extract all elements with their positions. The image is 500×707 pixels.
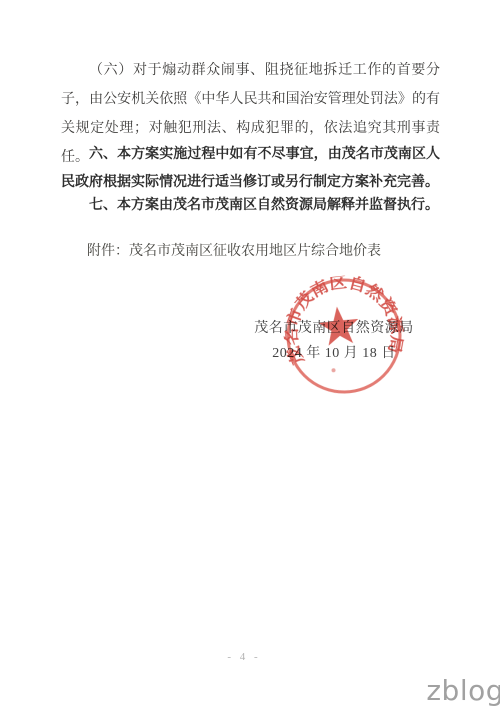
watermark-zblog: zblog [426,675,500,707]
seal-star-icon [317,304,361,346]
official-seal: 茂名市茂南区自然资源局 [278,270,410,402]
seal-graphic: 茂名市茂南区自然资源局 [278,270,410,402]
seal-bottom-mark [331,368,335,372]
document-page: （六）对于煽动群众闹事、阻挠征地拆迁工作的首要分子，由公安机关依照《中华人民共和… [0,0,500,707]
page-number: - 4 - [0,651,494,663]
attachment-line: 附件：茂名市茂南区征收农用地区片综合地价表 [61,238,440,266]
paragraph-article-six: 六、本方案实施过程中如有不尽事宜，由茂名市茂南区人民政府根据实际情况进行适当修订… [61,139,440,195]
seal-arc-text: 茂名市茂南区自然资源局 [278,270,409,367]
paragraph-article-seven: 七、本方案由茂名市茂南区自然资源局解释并监督执行。 [61,190,440,218]
